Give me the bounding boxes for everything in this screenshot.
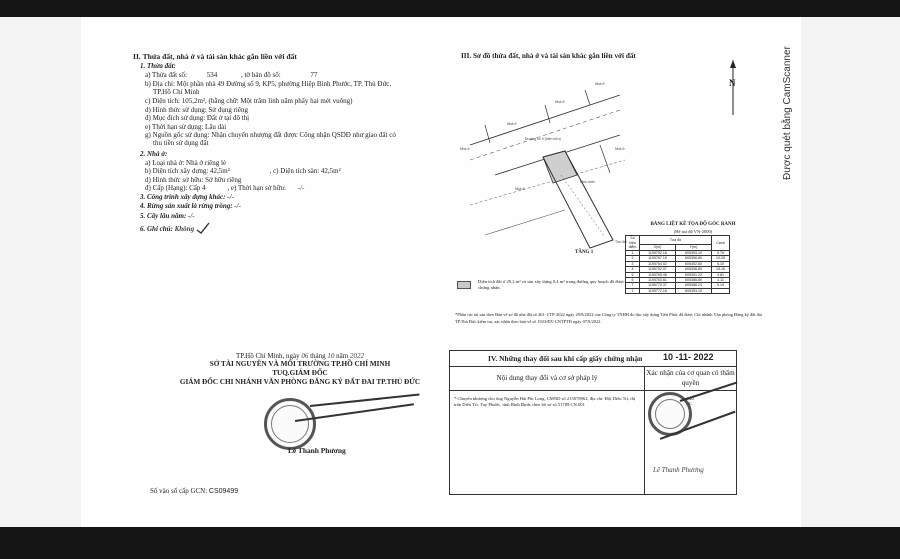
legend-text: Diện tích đất ở 29,2 m² và sàn xây dựng … bbox=[478, 279, 628, 291]
coord-row: 11195772.16605393.10 bbox=[626, 288, 730, 293]
perennial-value: -/- bbox=[188, 212, 195, 220]
built-area-line: b) Diện tích xây dựng: 42,5m² , c) Diện … bbox=[145, 167, 341, 175]
changes-column-headers: Nội dung thay đổi và cơ sở pháp lý Xác n… bbox=[450, 367, 736, 391]
other-works-label: 3. Công trình xây dựng khác: bbox=[140, 193, 226, 201]
parcel-number: 534 bbox=[207, 71, 218, 79]
svg-text:Nhà ở: Nhà ở bbox=[595, 82, 605, 86]
svg-text:Nhà ở: Nhà ở bbox=[555, 100, 565, 104]
coordinate-table: Số hiệu điểm Tọa độ Cạnh X(m) Y(m) 11195… bbox=[625, 235, 730, 294]
signature-block: TP.Hồ Chí Minh, ngày 06 tháng 10 năm 202… bbox=[150, 352, 450, 387]
date-day: 06 bbox=[301, 352, 308, 360]
area-line: c) Diện tích: 105,2m², (bằng chữ: Một tr… bbox=[145, 97, 353, 105]
own-term-label: , e) Thời hạn sở hữu: bbox=[227, 184, 286, 192]
section-2-title: II. Thửa đất, nhà ở và tài sản khác gắn … bbox=[133, 52, 297, 61]
changes-col-content: Nội dung thay đổi và cơ sở pháp lý bbox=[450, 367, 645, 390]
address-line-2: TP.Hồ Chí Minh bbox=[153, 88, 199, 96]
coord-header-point: Số hiệu điểm bbox=[626, 236, 640, 251]
issuer-role-1: TUQ.GIÁM ĐỐC bbox=[150, 369, 450, 378]
term-line: e) Thời hạn sử dụng: Lâu dài bbox=[145, 123, 226, 131]
note-line: 6. Ghi chú: Không bbox=[140, 222, 210, 234]
coord-header-coords: Tọa độ bbox=[640, 236, 712, 245]
coord-cell: 1195772.16 bbox=[640, 288, 676, 293]
drawing-footnote: *Phần các tài sản theo Bản vẽ sơ đồ nhà … bbox=[455, 312, 775, 325]
floor-area: , c) Diện tích sàn: 42,5m² bbox=[270, 167, 341, 175]
official-seal-icon bbox=[264, 398, 316, 450]
confirm-signer: Lê Thanh Phương bbox=[653, 466, 704, 474]
changes-header: IV. Những thay đổi sau khi cấp giấy chứn… bbox=[450, 351, 736, 367]
note-value: Không bbox=[175, 225, 194, 233]
forest-label: 4. Rừng sản xuất là rừng trồng: bbox=[140, 202, 233, 210]
issuing-org: SỞ TÀI NGUYÊN VÀ MÔI TRƯỜNG TP.HỒ CHÍ MI… bbox=[150, 360, 450, 369]
issue-date: TP.Hồ Chí Minh, ngày 06 tháng 10 năm 202… bbox=[150, 352, 450, 360]
land-subtitle: 1. Thửa đất: bbox=[140, 62, 176, 70]
svg-text:Nhà ở: Nhà ở bbox=[515, 187, 525, 191]
forest-value: -/- bbox=[234, 202, 241, 210]
use-form-line: d) Hình thức sử dụng: Sử dụng riêng bbox=[145, 106, 248, 114]
signer-name: Lê Thanh Phương bbox=[288, 446, 346, 455]
note-label: 6. Ghi chú: bbox=[140, 225, 173, 233]
date-month: 10 bbox=[327, 352, 334, 360]
section-4-title: IV. Những thay đổi sau khi cấp giấy chứn… bbox=[488, 354, 642, 363]
built-area: b) Diện tích xây dựng: 42,5m² bbox=[145, 167, 230, 175]
issuer-role-2: GIÁM ĐỐC CHI NHÁNH VĂN PHÒNG ĐĂNG KÝ ĐẤT… bbox=[150, 378, 450, 387]
coord-header-edge: Cạnh bbox=[712, 236, 730, 251]
date-year: 2022 bbox=[350, 352, 364, 360]
map-number: 77 bbox=[310, 71, 317, 79]
svg-text:Nhà ở: Nhà ở bbox=[460, 147, 470, 151]
forest-line: 4. Rừng sản xuất là rừng trồng: -/- bbox=[140, 202, 241, 210]
gcn-entry: Số vào sổ cấp GCN: CS09499 bbox=[150, 487, 238, 495]
origin-line-1: g) Nguồn gốc sử dụng: Nhận chuyển nhượng… bbox=[145, 131, 396, 139]
changes-table: IV. Những thay đổi sau khi cấp giấy chứn… bbox=[449, 350, 737, 495]
legend-swatch bbox=[457, 281, 471, 289]
grade-line: đ) Cấp (Hạng): Cấp 4 , e) Thời hạn sở hữ… bbox=[145, 184, 304, 192]
other-works-line: 3. Công trình xây dựng khác: -/- bbox=[140, 193, 234, 201]
coord-table-title: BẢNG LIỆT KÊ TỌA ĐỘ GÓC RANH bbox=[628, 222, 758, 227]
changes-body: * Chuyển nhượng cho ông Nguyễn Hải Phi L… bbox=[450, 391, 736, 494]
month-label: tháng bbox=[310, 352, 326, 360]
top-black-bar bbox=[0, 0, 900, 17]
svg-text:Đường số 9 (hiện hữu): Đường số 9 (hiện hữu) bbox=[525, 137, 561, 141]
coord-table-body: 11195752.16605393.105.7621195767.1960539… bbox=[626, 251, 730, 294]
grade: đ) Cấp (Hạng): Cấp 4 bbox=[145, 184, 206, 192]
north-arrow-icon: N bbox=[728, 60, 738, 115]
svg-text:Mốc ranh: Mốc ranh bbox=[580, 180, 595, 184]
coord-cell bbox=[712, 288, 730, 293]
origin-line-2: thu tiền sử dụng đất bbox=[153, 139, 209, 147]
perennial-line: 5. Cây lâu năm: -/- bbox=[140, 212, 195, 220]
purpose-line: đ) Mục đích sử dụng: Đất ở tại đô thị bbox=[145, 114, 249, 122]
svg-text:N: N bbox=[729, 78, 736, 88]
change-date: 10 -11- 2022 bbox=[663, 352, 714, 362]
house-subtitle: 2. Nhà ở: bbox=[140, 150, 167, 158]
bottom-black-bar bbox=[0, 527, 900, 559]
other-works-value: -/- bbox=[227, 193, 234, 201]
camscanner-watermark: Được quét bằng CamScanner bbox=[782, 30, 798, 180]
parcel-line: a) Thửa đất số: 534 , tờ bản đồ số: 77 bbox=[145, 71, 317, 79]
gcn-value: CS09499 bbox=[209, 488, 238, 495]
ownership-line: d) Hình thức sở hữu: Sở hữu riêng bbox=[145, 176, 241, 184]
address-line-1: b) Địa chỉ: Một phần nhà 49 Đường số 9, … bbox=[145, 80, 391, 88]
own-term-value: -/- bbox=[298, 184, 305, 192]
year-label: năm bbox=[336, 352, 348, 360]
svg-text:Nhà ở: Nhà ở bbox=[507, 122, 517, 126]
parcel-label: a) Thửa đất số: bbox=[145, 71, 187, 79]
coord-cell: 605393.10 bbox=[676, 288, 712, 293]
gcn-label: Số vào sổ cấp GCN: bbox=[150, 487, 207, 495]
handwritten-checkmark-icon bbox=[196, 222, 210, 234]
map-label: , tờ bản đồ số: bbox=[241, 71, 281, 79]
house-type-line: a) Loại nhà ở: Nhà ở riêng lẻ bbox=[145, 159, 226, 167]
svg-text:Nhà ở: Nhà ở bbox=[615, 147, 625, 151]
change-content: * Chuyển nhượng cho ông Nguyễn Hải Phi L… bbox=[450, 391, 645, 494]
section-3-title: III. Sơ đồ thửa đất, nhà ở và tài sản kh… bbox=[461, 52, 636, 60]
floor-label: TẦNG 1 bbox=[575, 250, 593, 255]
coord-table-subtitle: (Hệ tọa độ VN-2000) bbox=[628, 229, 758, 234]
date-prefix: TP.Hồ Chí Minh, ngày bbox=[236, 352, 300, 360]
perennial-label: 5. Cây lâu năm: bbox=[140, 212, 186, 220]
